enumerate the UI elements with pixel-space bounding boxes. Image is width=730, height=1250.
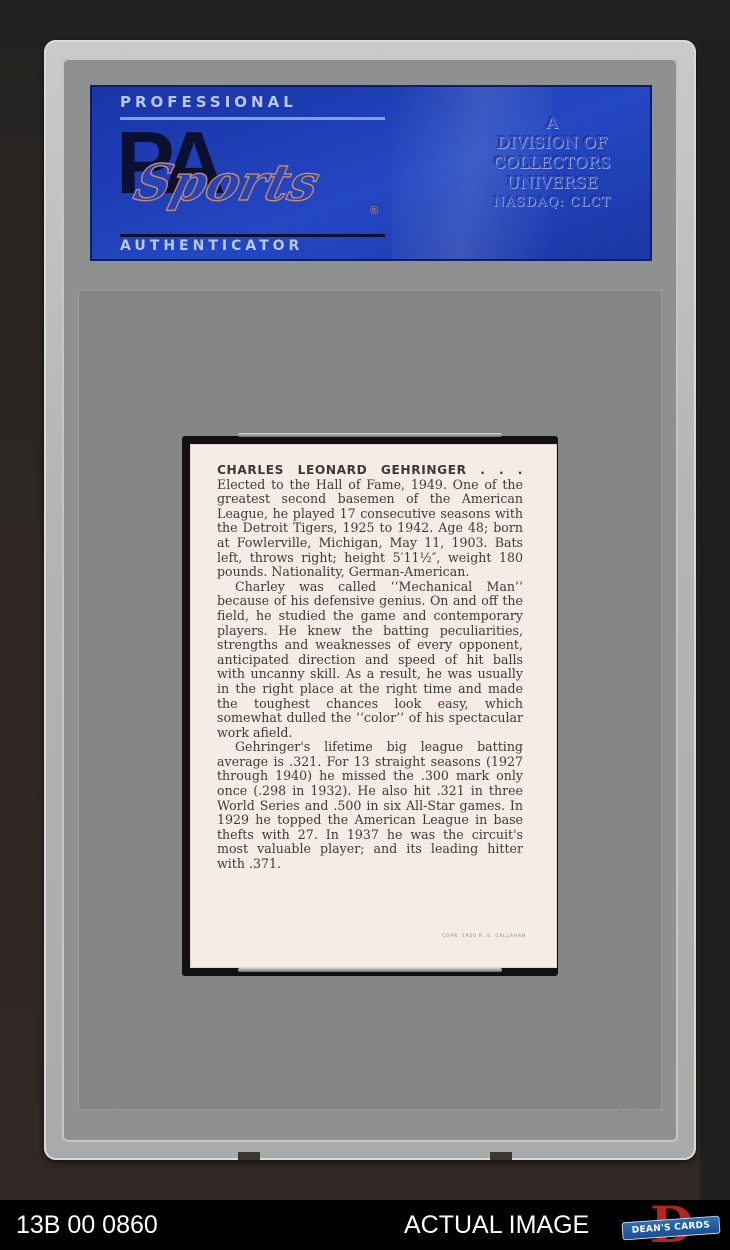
slab-mark-left: 8 — [112, 1104, 118, 1116]
holder-clip-bottom — [238, 968, 502, 972]
deans-cards-logo: D DEAN'S CARDS — [622, 1204, 718, 1248]
player-name: CHARLES LEONARD GEHRINGER . . . — [217, 463, 523, 477]
actual-image-caption: ACTUAL IMAGE — [404, 1211, 589, 1240]
cert-number: 13B 00 0860 — [16, 1211, 158, 1240]
division-line: A — [472, 113, 632, 133]
footer-bar: 13B 00 0860 ACTUAL IMAGE D DEAN'S CARDS — [0, 1200, 730, 1250]
card-paragraph-1-text: Elected to the Hall of Fame, 1949. One o… — [217, 477, 523, 580]
slab-label: PROFESSIONAL PA Sports ® AUTHENTICATOR A… — [90, 85, 652, 261]
background-strip — [700, 40, 730, 1200]
division-line: UNIVERSE — [472, 173, 632, 193]
slab-notch-left — [238, 1152, 260, 1160]
division-line: DIVISION OF — [472, 133, 632, 153]
baseball-card-back: CHARLES LEONARD GEHRINGER . . . Elected … — [191, 445, 556, 967]
division-line: NASDAQ: CLCT — [472, 193, 632, 213]
division-text: A DIVISION OF COLLECTORS UNIVERSE NASDAQ… — [472, 113, 632, 213]
slab-notch-right — [490, 1152, 512, 1160]
card-bio: CHARLES LEONARD GEHRINGER . . . Elected … — [217, 463, 523, 872]
card-paragraph-1: CHARLES LEONARD GEHRINGER . . . Elected … — [217, 463, 523, 580]
label-rule-bottom — [120, 234, 385, 237]
logo-banner: DEAN'S CARDS — [621, 1216, 720, 1241]
registered-mark-icon: ® — [370, 205, 378, 217]
label-professional-text: PROFESSIONAL — [120, 93, 297, 111]
card-copyright: COPR. 1950 R. E. CALLAHAN — [442, 934, 526, 939]
holder-clip-top — [238, 433, 502, 437]
division-line: COLLECTORS — [472, 153, 632, 173]
card-paragraph-2: Charley was called ‘‘Mechanical Man’’ be… — [217, 580, 523, 741]
psa-logo-script: Sports — [129, 153, 326, 212]
label-authenticator-text: AUTHENTICATOR — [120, 238, 303, 254]
card-paragraph-3: Gehringer's lifetime big league batting … — [217, 740, 523, 871]
psa-emboss-mark: PSA — [618, 1102, 641, 1115]
